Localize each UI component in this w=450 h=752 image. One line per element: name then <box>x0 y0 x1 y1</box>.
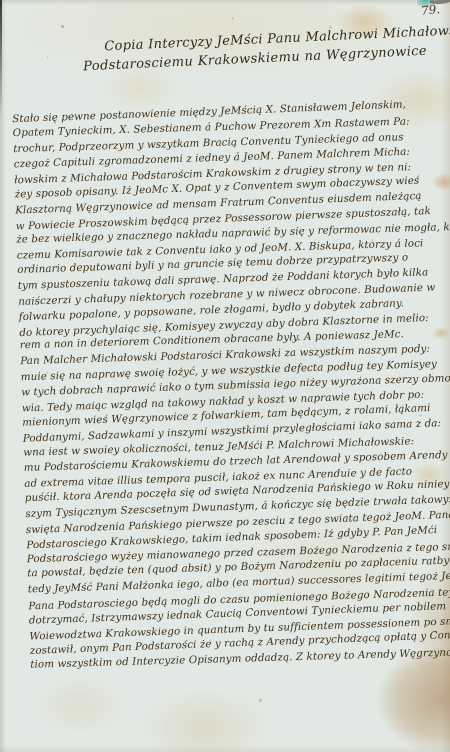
scan-edge-shadow <box>0 0 2 120</box>
paper-specks <box>0 0 1 1</box>
document-heading: Copia Intercyzy JeMści Panu Malchrowi Mi… <box>90 25 431 74</box>
manuscript-page: 79. Copia Intercyzy JeMści Panu Malchrow… <box>0 0 450 752</box>
folio-number: 79. <box>420 2 440 18</box>
manuscript-body-text: Stało się pewne postanowienie między JeM… <box>12 98 450 675</box>
